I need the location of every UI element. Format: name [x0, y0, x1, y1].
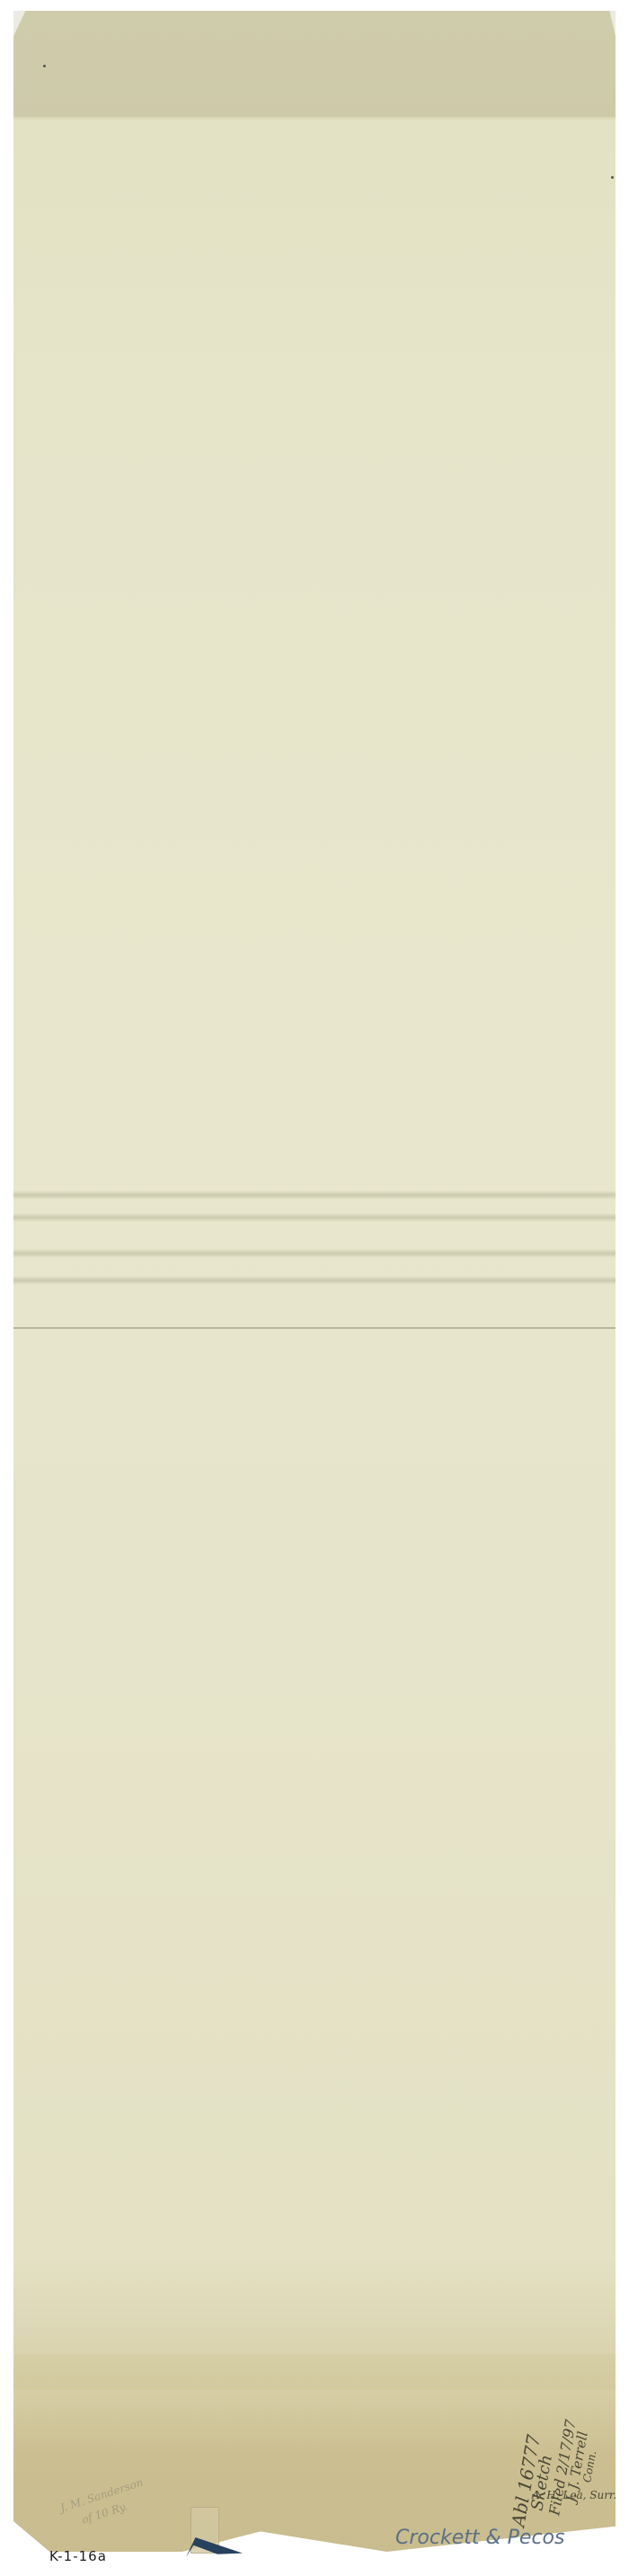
fold-line — [13, 1213, 616, 1222]
fold-crease — [13, 1327, 616, 1329]
stain-band — [13, 2354, 616, 2390]
fold-line — [13, 1276, 616, 1285]
speck — [43, 65, 46, 67]
fold-line — [13, 1249, 616, 1258]
fold-line — [13, 1191, 616, 1199]
top-discoloration-band — [13, 11, 616, 117]
speck — [611, 176, 614, 179]
county-label: Crockett & Pecos — [395, 2527, 564, 2549]
surveyor-annotation: A. H. Lea, Surr. — [532, 2489, 616, 2501]
catalog-label: K-1-16a — [49, 2548, 107, 2564]
